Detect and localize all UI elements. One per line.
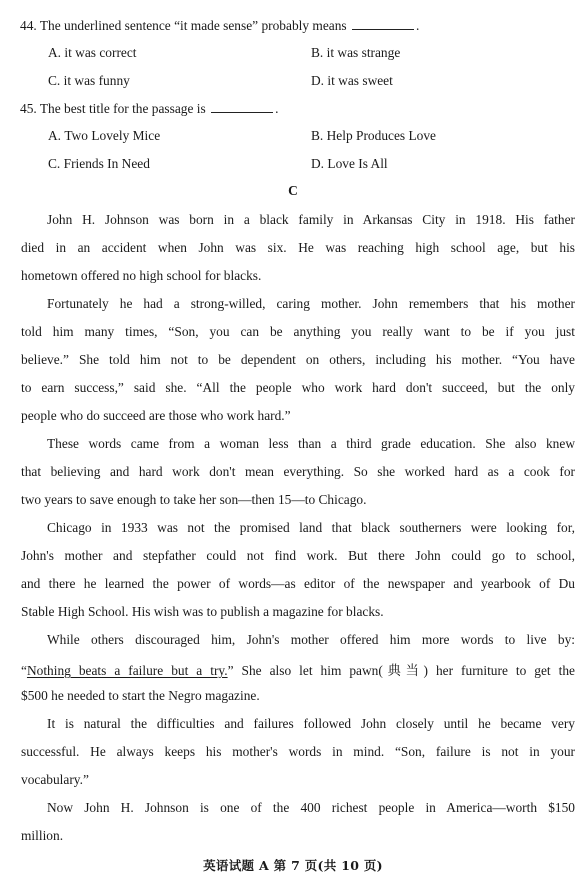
option-44-a: A. it was correct [48,45,137,61]
passage-line: vocabulary.” [21,772,575,788]
passage-line: told him many times, “Son, you can be an… [21,324,575,340]
passage-line: John H. Johnson was born in a black fami… [47,212,575,228]
option-44-c: C. it was funny [48,73,130,89]
passage-line-underlined: “Nothing beats a failure but a try.” She… [21,660,575,679]
passage-line: two years to save enough to take her son… [21,492,575,508]
page-footer: 英语试题 A 第 7 页(共 10 页) [0,856,586,874]
option-45-b: B. Help Produces Love [311,128,436,144]
passage-line: Now John H. Johnson is one of the 400 ri… [47,800,575,816]
option-44-b: B. it was strange [311,45,400,61]
question-number: 45. [20,101,37,116]
option-44-d: D. it was sweet [311,73,393,89]
question-stem: The best title for the passage is [40,101,206,116]
passage-line: It is natural the difficulties and failu… [47,716,575,732]
answer-blank [352,19,414,30]
passage-line: $500 he needed to start the Negro magazi… [21,688,575,704]
question-45: 45. The best title for the passage is . [20,101,278,117]
question-44: 44. The underlined sentence “it made sen… [20,18,419,34]
passage-line: hometown offered no high school for blac… [21,268,575,284]
passage-line: Fortunately he had a strong-willed, cari… [47,296,575,312]
passage-line: people who do succeed are those who work… [21,408,575,424]
section-label: C [0,183,586,199]
option-45-c: C. Friends In Need [48,156,150,172]
passage-line: died in an accident when John was six. H… [21,240,575,256]
passage-line: Stable High School. His wish was to publ… [21,604,575,620]
option-45-a: A. Two Lovely Mice [48,128,160,144]
passage-line: million. [21,828,575,844]
passage-line: believe.” She told him not to be depende… [21,352,575,368]
question-number: 44. [20,18,37,33]
passage-line: that believing and hard work don't mean … [21,464,575,480]
option-45-d: D. Love Is All [311,156,388,172]
passage-line: While others discouraged him, John's mot… [47,632,575,648]
passage-line: Chicago in 1933 was not the promised lan… [47,520,575,536]
passage-line: These words came from a woman less than … [47,436,575,452]
passage-line: John's mother and stepfather could not f… [21,548,575,564]
underlined-sentence: Nothing beats a failure but a try. [27,663,228,678]
question-stem: The underlined sentence “it made sense” … [40,18,347,33]
passage-line: to earn success,” said she. “All the peo… [21,380,575,396]
answer-blank [211,102,273,113]
passage-line: successful. He always keeps his mother's… [21,744,575,760]
passage-line: and there he learned the power of words—… [21,576,575,592]
